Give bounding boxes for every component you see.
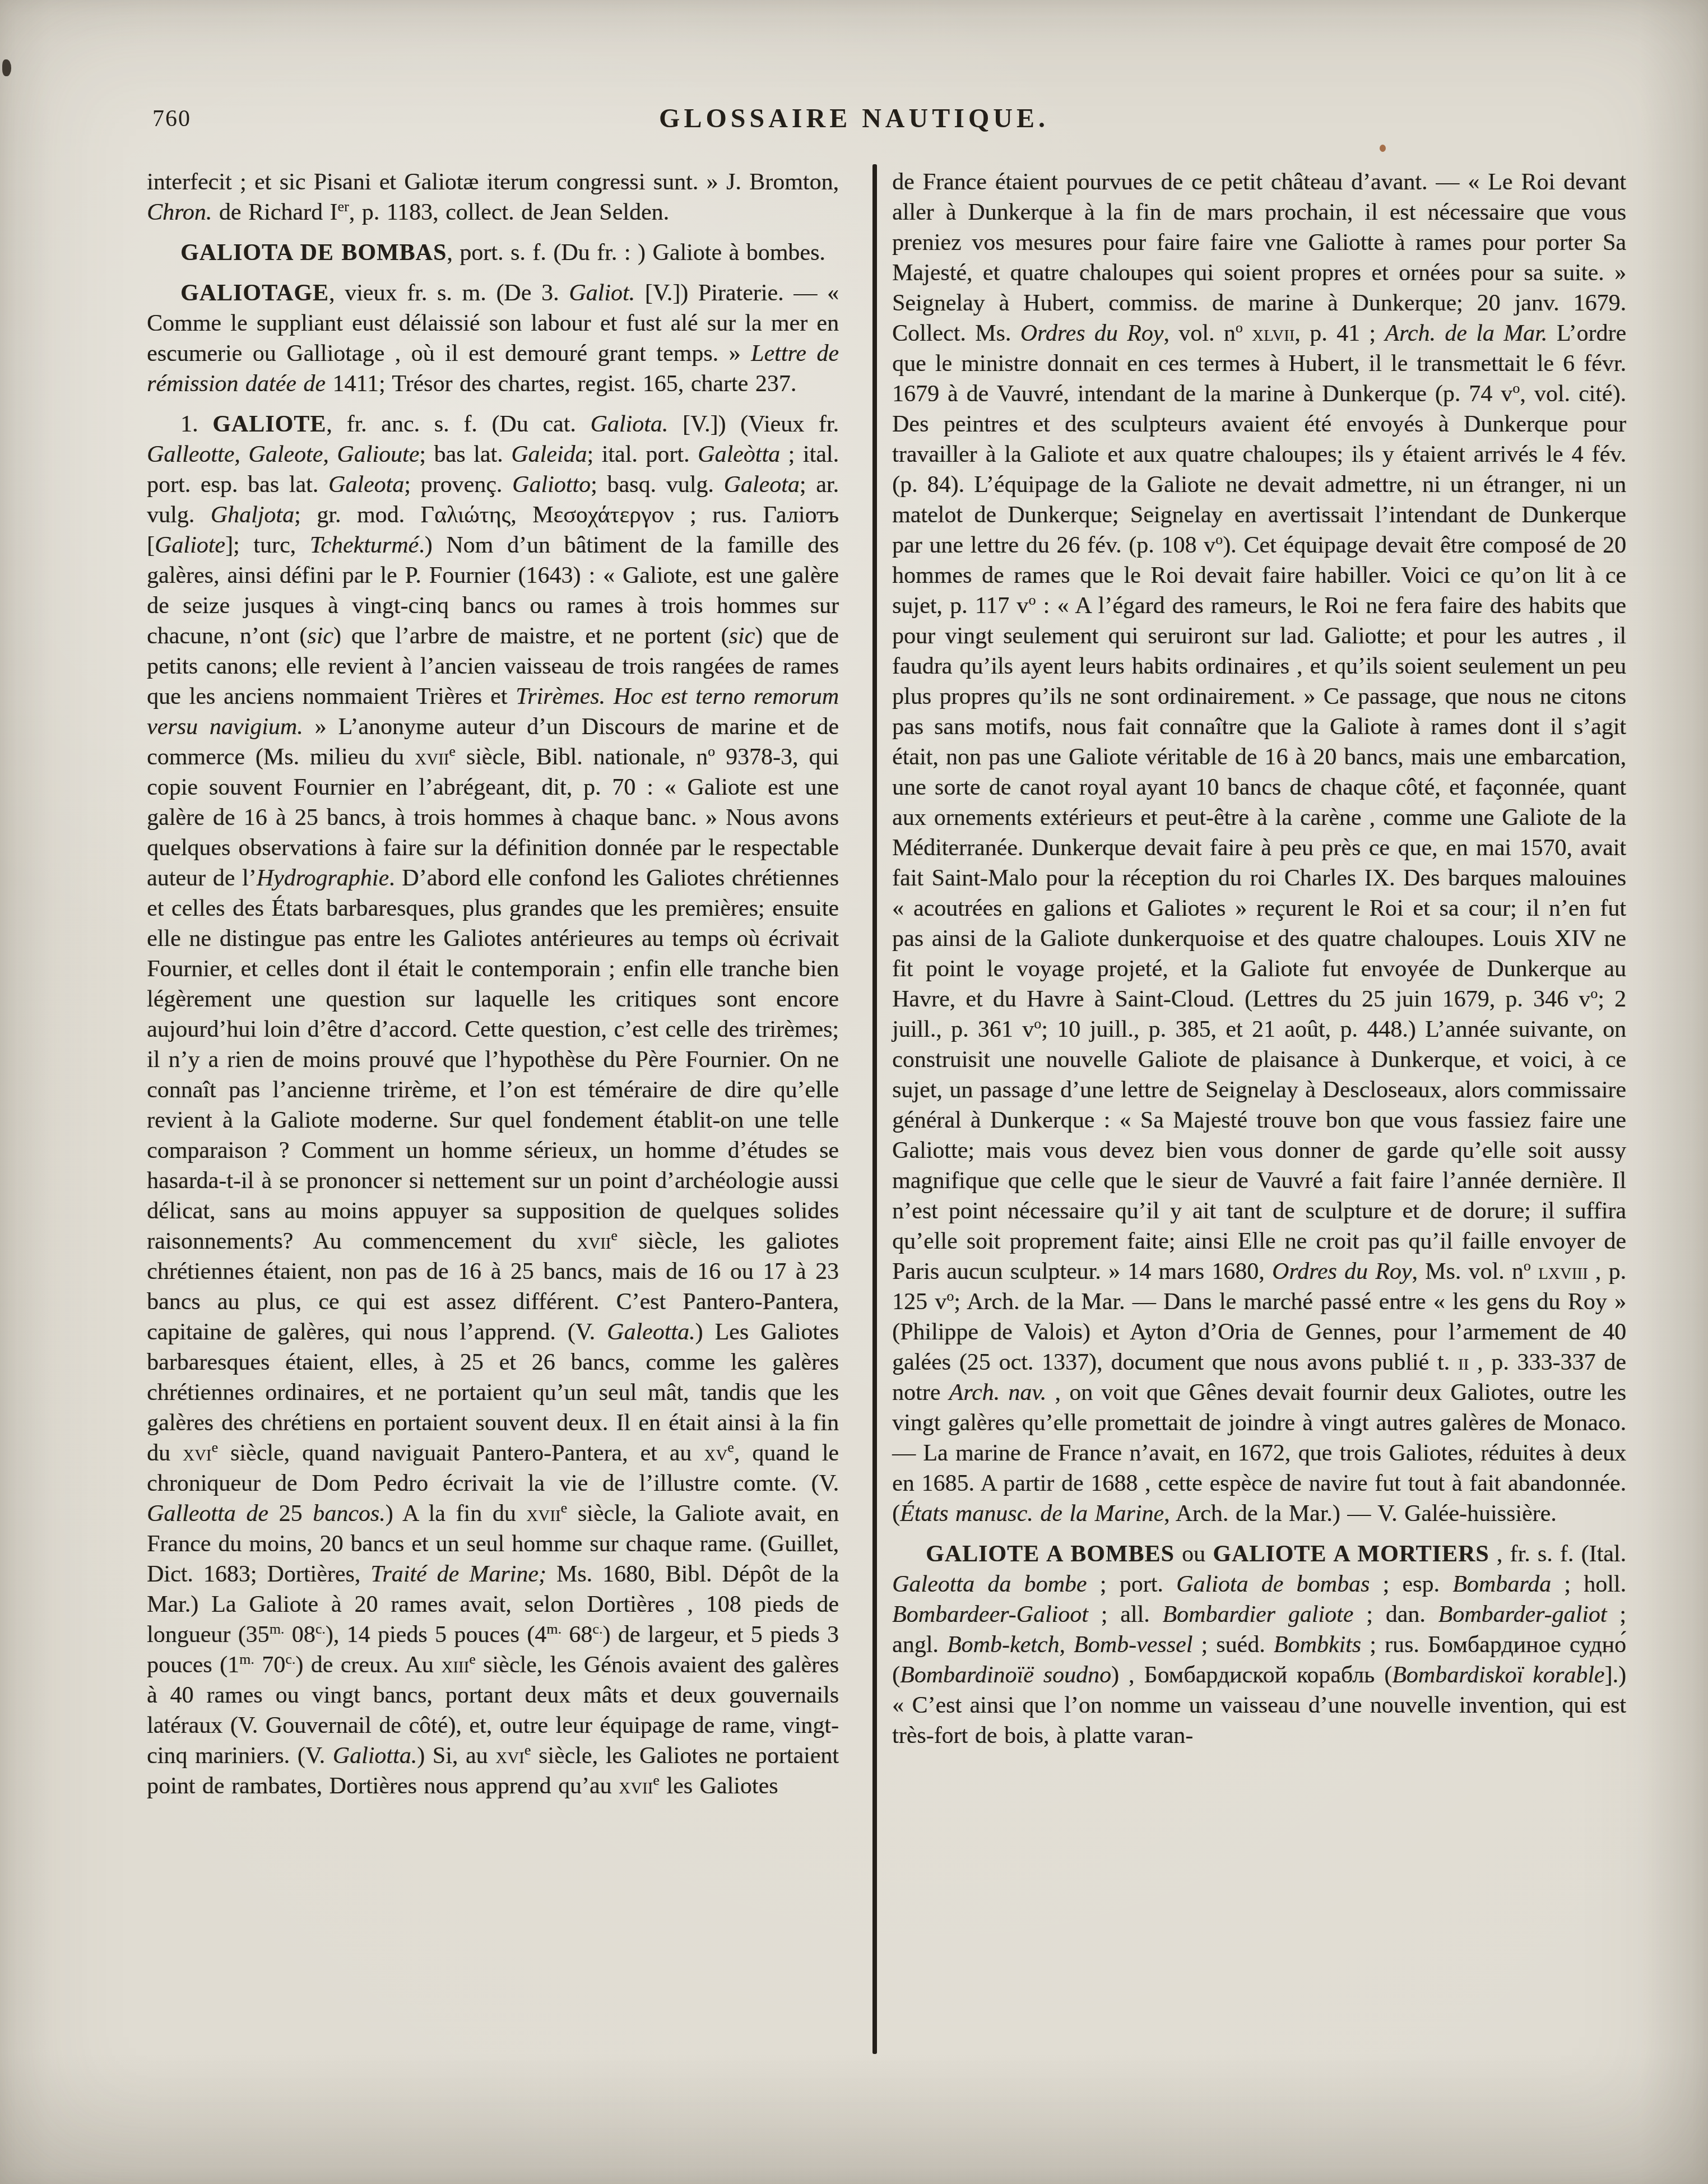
text-run: ), 14 pieds 5 pouces (4: [326, 1622, 546, 1648]
text-run: 1.: [180, 411, 212, 437]
text-run: Galiota de bombas: [1176, 1571, 1370, 1597]
text-run: 25: [268, 1501, 313, 1527]
text-run: siècle, quand naviguait Pantero-Pantera,…: [218, 1440, 704, 1466]
text-run: siècle, Bibl. nationale, n: [456, 744, 708, 770]
text-run: ) , Бомбардиской корабль (: [1111, 1662, 1392, 1688]
text-run: o: [708, 743, 715, 759]
text-run: xvi: [183, 1440, 212, 1466]
text-run: ) de creux. Au: [295, 1652, 441, 1678]
scan-speck: [2, 59, 11, 76]
text-run: e: [469, 1651, 476, 1667]
running-title: GLOSSAIRE NAUTIQUE.: [0, 103, 1708, 134]
text-run: , p. 41 ;: [1294, 321, 1385, 346]
text-run: ; 10 juill., p. 385, et 21 août, p. 448.…: [892, 1017, 1626, 1285]
text-run: o: [1512, 380, 1520, 396]
text-run: Galeota: [724, 472, 800, 498]
text-run: m.: [546, 1621, 561, 1637]
text-run: e: [211, 1439, 218, 1455]
text-run: Hydrographie: [257, 865, 389, 891]
text-run: ; holl.: [1551, 1571, 1626, 1597]
text-run: ; all.: [1088, 1602, 1163, 1627]
text-run: Ghaljota: [211, 502, 294, 528]
text-run: Tchekturmé: [310, 532, 419, 558]
text-run: Bombardinoïë soudno: [900, 1662, 1111, 1688]
text-run: e: [525, 1742, 531, 1758]
text-run: [V.]) (Vieux fr.: [668, 411, 839, 437]
column-divider-rule: [872, 164, 877, 2054]
text-run: xvii: [577, 1228, 611, 1254]
text-run: [1243, 321, 1252, 346]
column-right: de France étaient pourvues de ce petit c…: [892, 167, 1626, 1751]
text-run: GALIOTAGE: [180, 280, 329, 306]
text-run: GALIOTE A BOMBES: [926, 1541, 1175, 1567]
text-run: Galeòtta: [698, 442, 780, 467]
text-run: ) que l’arbre de maistre, et ne portent …: [333, 623, 729, 649]
text-run: , vol. cité). Des peintres et des sculpt…: [892, 381, 1626, 558]
text-run: , p. 1183, collect. de Jean Selden.: [349, 200, 669, 225]
text-run: ; ital. port.: [587, 442, 698, 467]
text-run: , vieux fr. s. m. (De 3.: [329, 280, 569, 306]
text-run: o: [1034, 1016, 1041, 1032]
text-run: Galiote: [155, 532, 225, 558]
entry-galiota-de-bombas: GALIOTA DE BOMBAS, port. s. f. (Du fr. :…: [147, 238, 839, 268]
text-run: GALIOTE: [212, 411, 326, 437]
text-run: Galeida: [511, 442, 587, 467]
text-run: de Richard I: [212, 200, 337, 225]
text-run: Galeotta.: [607, 1319, 695, 1345]
text-run: 1411; Trésor des chartes, regist. 165, c…: [326, 371, 796, 397]
text-run: ) Si, au: [417, 1743, 495, 1769]
text-run: , fr. anc. s. f. (Du cat.: [326, 411, 590, 437]
text-run: ) A la fin du: [386, 1501, 527, 1527]
text-run: lxviii: [1538, 1259, 1588, 1285]
text-run: ; esp.: [1370, 1571, 1452, 1597]
text-run: xvii: [415, 744, 449, 770]
text-run: Galiot.: [569, 280, 635, 306]
text-run: c.: [592, 1621, 602, 1637]
text-run: Ordres du Roy: [1272, 1259, 1412, 1285]
text-run: interfecit ; et sic Pisani et Galiotæ it…: [147, 169, 839, 195]
text-run: Bombardeer-Galioot: [892, 1602, 1088, 1627]
text-run: o: [946, 1288, 954, 1304]
text-run: o: [1215, 531, 1223, 548]
text-run: . D’abord elle confond les Galiotes chré…: [147, 865, 839, 1254]
text-run: , Ms. vol. n: [1412, 1259, 1523, 1285]
text-run: Galiotta.: [333, 1743, 417, 1769]
text-run: m.: [270, 1621, 285, 1637]
entry-galiote-a-bombes: GALIOTE A BOMBES ou GALIOTE A MORTIERS ,…: [892, 1539, 1626, 1751]
text-run: , fr. s. f. (Ital.: [1489, 1541, 1626, 1567]
text-run: o: [1236, 319, 1243, 336]
text-run: ii: [1458, 1350, 1469, 1375]
text-run: : « A l’égard des rameurs, le Roi ne fer…: [892, 593, 1626, 1012]
text-run: les Galiotes: [660, 1773, 778, 1799]
entry-galiotage: GALIOTAGE, vieux fr. s. m. (De 3. Galiot…: [147, 278, 839, 399]
text-run: 08: [284, 1622, 315, 1648]
text-run: [1531, 1259, 1538, 1285]
text-run: États manusc. de la Marine: [900, 1501, 1164, 1527]
text-run: bancos.: [313, 1501, 386, 1527]
text-run: xvii: [526, 1501, 560, 1527]
text-run: Bomb-ketch, Bomb-vessel: [947, 1632, 1192, 1658]
text-run: Arch. nav.: [949, 1380, 1046, 1406]
text-run: Galiota.: [591, 411, 669, 437]
text-run: de France étaient pourvues de ce petit c…: [892, 169, 1626, 346]
text-run: xlvii: [1252, 321, 1294, 346]
text-run: 68: [561, 1622, 592, 1648]
text-run: e: [653, 1772, 660, 1788]
text-run: c.: [285, 1651, 295, 1667]
text-run: ; basq. vulg.: [591, 472, 723, 498]
text-run: xv: [704, 1440, 727, 1466]
text-run: o: [1028, 592, 1036, 608]
text-run: xiii: [441, 1652, 469, 1678]
text-run: Galleotta de: [147, 1501, 268, 1527]
text-run: m.: [239, 1651, 254, 1667]
text-run: er: [337, 198, 349, 215]
text-run: Galiotto: [512, 472, 591, 498]
text-run: Galeotta da bombe: [892, 1571, 1087, 1597]
text-run: e: [727, 1439, 734, 1455]
scan-speck: [1380, 145, 1386, 152]
text-run: e: [449, 743, 456, 759]
text-run: e: [561, 1500, 568, 1516]
text-run: Galeota: [328, 472, 404, 498]
text-run: Chron.: [147, 200, 212, 225]
text-run: Bombarder-galiot: [1438, 1602, 1607, 1627]
text-run: xvii: [619, 1773, 653, 1799]
text-run: sic: [728, 623, 755, 649]
text-run: , vol. n: [1163, 321, 1235, 346]
text-run: ; suéd.: [1192, 1632, 1273, 1658]
text-run: o: [1524, 1258, 1531, 1274]
text-run: Bombardier galiote: [1162, 1602, 1353, 1627]
text-run: sic: [307, 623, 333, 649]
text-run: c.: [315, 1621, 326, 1637]
text-run: o: [1590, 985, 1598, 1001]
text-run: , Arch. de la Mar.) — V. Galée-huissière…: [1164, 1501, 1557, 1527]
text-run: ]; turc,: [225, 532, 310, 558]
text-run: ; provenç.: [404, 472, 512, 498]
text-run: GALIOTE A MORTIERS: [1213, 1541, 1489, 1567]
entry-galiote-1: 1. GALIOTE, fr. anc. s. f. (Du cat. Gali…: [147, 409, 839, 1801]
column-left: interfecit ; et sic Pisani et Galiotæ it…: [147, 167, 839, 1801]
text-run: ; port.: [1087, 1571, 1176, 1597]
text-run: Arch. de la Mar.: [1385, 321, 1547, 346]
text-run: Galleotte, Galeote, Galioute: [147, 442, 419, 467]
continuation-galiote-1: de France étaient pourvues de ce petit c…: [892, 167, 1626, 1529]
text-run: ; bas lat.: [419, 442, 511, 467]
text-run: 70: [254, 1652, 285, 1678]
text-run: Bombardiskoï korable: [1392, 1662, 1604, 1688]
text-run: ; dan.: [1353, 1602, 1438, 1627]
text-run: Ordres du Roy: [1020, 321, 1164, 346]
scanned-page: 760 GLOSSAIRE NAUTIQUE. interfecit ; et …: [0, 0, 1708, 2184]
text-run: Bombarda: [1452, 1571, 1551, 1597]
text-run: xvi: [495, 1743, 525, 1769]
text-run: GALIOTA DE BOMBAS: [180, 240, 447, 266]
text-run: ou: [1175, 1541, 1213, 1567]
text-run: , port. s. f. (Du fr. : ) Galiote à bomb…: [447, 240, 825, 266]
text-run: e: [611, 1227, 618, 1244]
continuation-previous-entry: interfecit ; et sic Pisani et Galiotæ it…: [147, 167, 839, 228]
text-run: Bombkits: [1274, 1632, 1361, 1658]
text-run: Traité de Marine;: [370, 1561, 546, 1587]
